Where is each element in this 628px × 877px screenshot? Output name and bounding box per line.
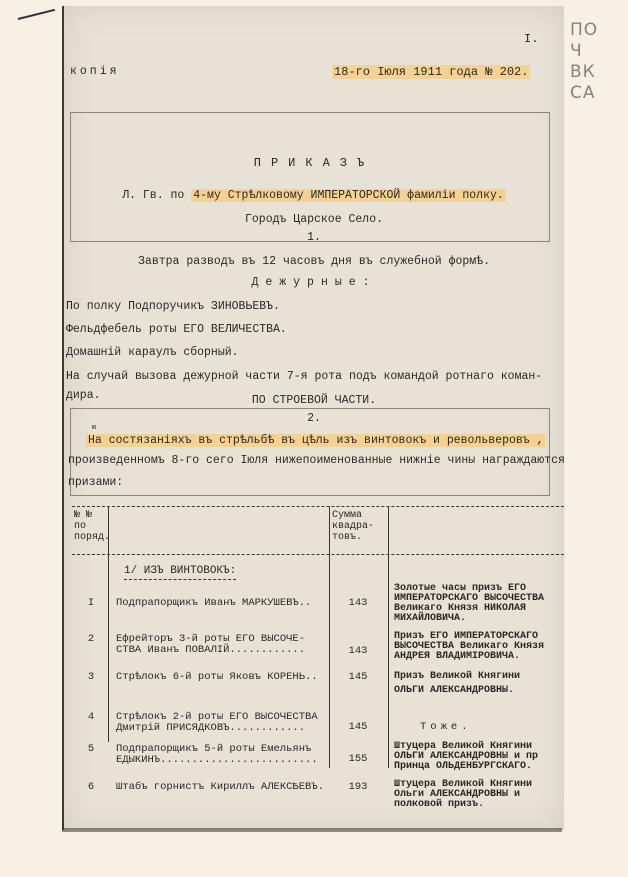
copy-label: копія [70, 65, 120, 78]
paragraph-2-highlight: На состязаніяхъ въ стрѣльбѣ въ цѣль изъ … [86, 434, 545, 447]
row-prize: Золотые часы призъ ЕГО ИМПЕРАТОРСКАГО ВЫ… [394, 584, 544, 624]
duty-line: Домашній караулъ сборный. [66, 346, 239, 359]
row-score: 145 [330, 722, 386, 733]
date-line: 18-го Іюля 1911 года № 202. [332, 65, 530, 79]
paragraph-2-line-1: На состязаніяхъ въ стрѣльбѣ въ цѣль изъ … [86, 434, 545, 447]
row-number: 6 [76, 782, 106, 793]
group-heading: 1/ ИЗЪ ВИНТОВОКЪ: [124, 566, 236, 580]
row-number: 2 [76, 634, 106, 645]
row-name: Стрѣлокъ 6-й роты Яковъ КОРЕНЬ.. [116, 672, 318, 683]
row-score: 143 [330, 598, 386, 609]
paragraph-2-line-2: произведенномъ 8-го сего Іюля нижепоимен… [68, 454, 565, 467]
row-number: 4 [76, 712, 106, 723]
paragraph-1: Завтра разводъ въ 12 часовъ дня въ служе… [64, 255, 564, 268]
row-name: Подпрапорщикъ Иванъ МАРКУШЕВЪ.. [116, 598, 311, 609]
row-score: 193 [330, 782, 386, 793]
section-2-number: 2. [64, 412, 564, 425]
row-prize: Штуцера Великой Княгини Ольги АЛЕКСАНДРО… [394, 780, 532, 810]
margin-mark: ю [92, 424, 96, 432]
row-prize: Призъ ЕГО ИМПЕРАТОРСКАГО ВЫСОЧЕСТВА Вели… [394, 632, 544, 662]
section-1-number: 1. [64, 231, 564, 244]
prize-table: № № по поряд. Сумма квадра- товъ. 1/ ИЗЪ… [72, 506, 564, 826]
duty-line: На случай вызова дежурной части 7-я рота… [66, 370, 542, 383]
order-title: ПРИКАЗЪ [64, 156, 564, 170]
row-name: Штабъ горнистъ Кириллъ АЛЕКСѢЕВЪ. [116, 782, 324, 793]
header-score: Сумма квадра- товъ. [332, 510, 374, 543]
regiment-prefix: Л. Гв. по [122, 189, 184, 202]
handwritten-margin-note: ПО Ч ВК СА [570, 20, 620, 104]
row-name: Стрѣлокъ 2-й роты ЕГО ВЫСОЧЕСТВА Дмитрій… [116, 712, 318, 734]
paragraph-2-line-3: призами: [68, 476, 123, 489]
duty-line: Фельдфебель роты ЕГО ВЕЛИЧЕСТВА. [66, 323, 287, 336]
document-page: I. копія 18-го Іюля 1911 года № 202. ПРИ… [62, 6, 564, 830]
pen-mark [18, 9, 55, 20]
col-divider [388, 506, 389, 768]
date-text: 18-го Іюля 1911 года № 202. [332, 65, 530, 79]
row-score: 155 [330, 754, 386, 765]
duty-line: По полку Подпоручикъ ЗИНОВЬЕВЪ. [66, 300, 280, 313]
page-bottom-edge [62, 828, 562, 832]
regiment-name: 4-му Стрѣлковому ИМПЕРАТОРСКОЙ фамиліи п… [191, 189, 506, 202]
row-name: Подпрапорщикъ 5-й роты Емельянъ ЕДЫКИНЪ.… [116, 744, 318, 766]
section-heading: ПО СТРОЕВОЙ ЧАСТИ. [64, 394, 564, 407]
city-line: Городъ Царское Село. [64, 213, 564, 226]
regiment-line: Л. Гв. по 4-му Стрѣлковому ИМПЕРАТОРСКОЙ… [64, 189, 564, 202]
row-prize: Тоже. [420, 722, 472, 733]
row-number: 5 [76, 744, 106, 755]
page-number: I. [524, 32, 538, 46]
table-header-border [72, 554, 564, 555]
table-top-border [72, 506, 564, 507]
row-number: 3 [76, 672, 106, 683]
row-score: 143 [330, 646, 386, 657]
row-prize: Призъ Великой Княгини ОЛЬГИ АЛЕКСАНДРОВН… [394, 670, 520, 698]
duty-title: Дежурные: [64, 276, 564, 289]
header-number: № № по поряд. [74, 510, 110, 543]
row-prize: Штуцера Великой Княгини ОЛЬГИ АЛЕКСАНДРО… [394, 742, 538, 772]
row-name: Ефрейторъ 3-й роты ЕГО ВЫСОЧЕ- СТВА Иван… [116, 634, 305, 656]
row-score: 145 [330, 672, 386, 683]
row-number: I [76, 598, 106, 609]
